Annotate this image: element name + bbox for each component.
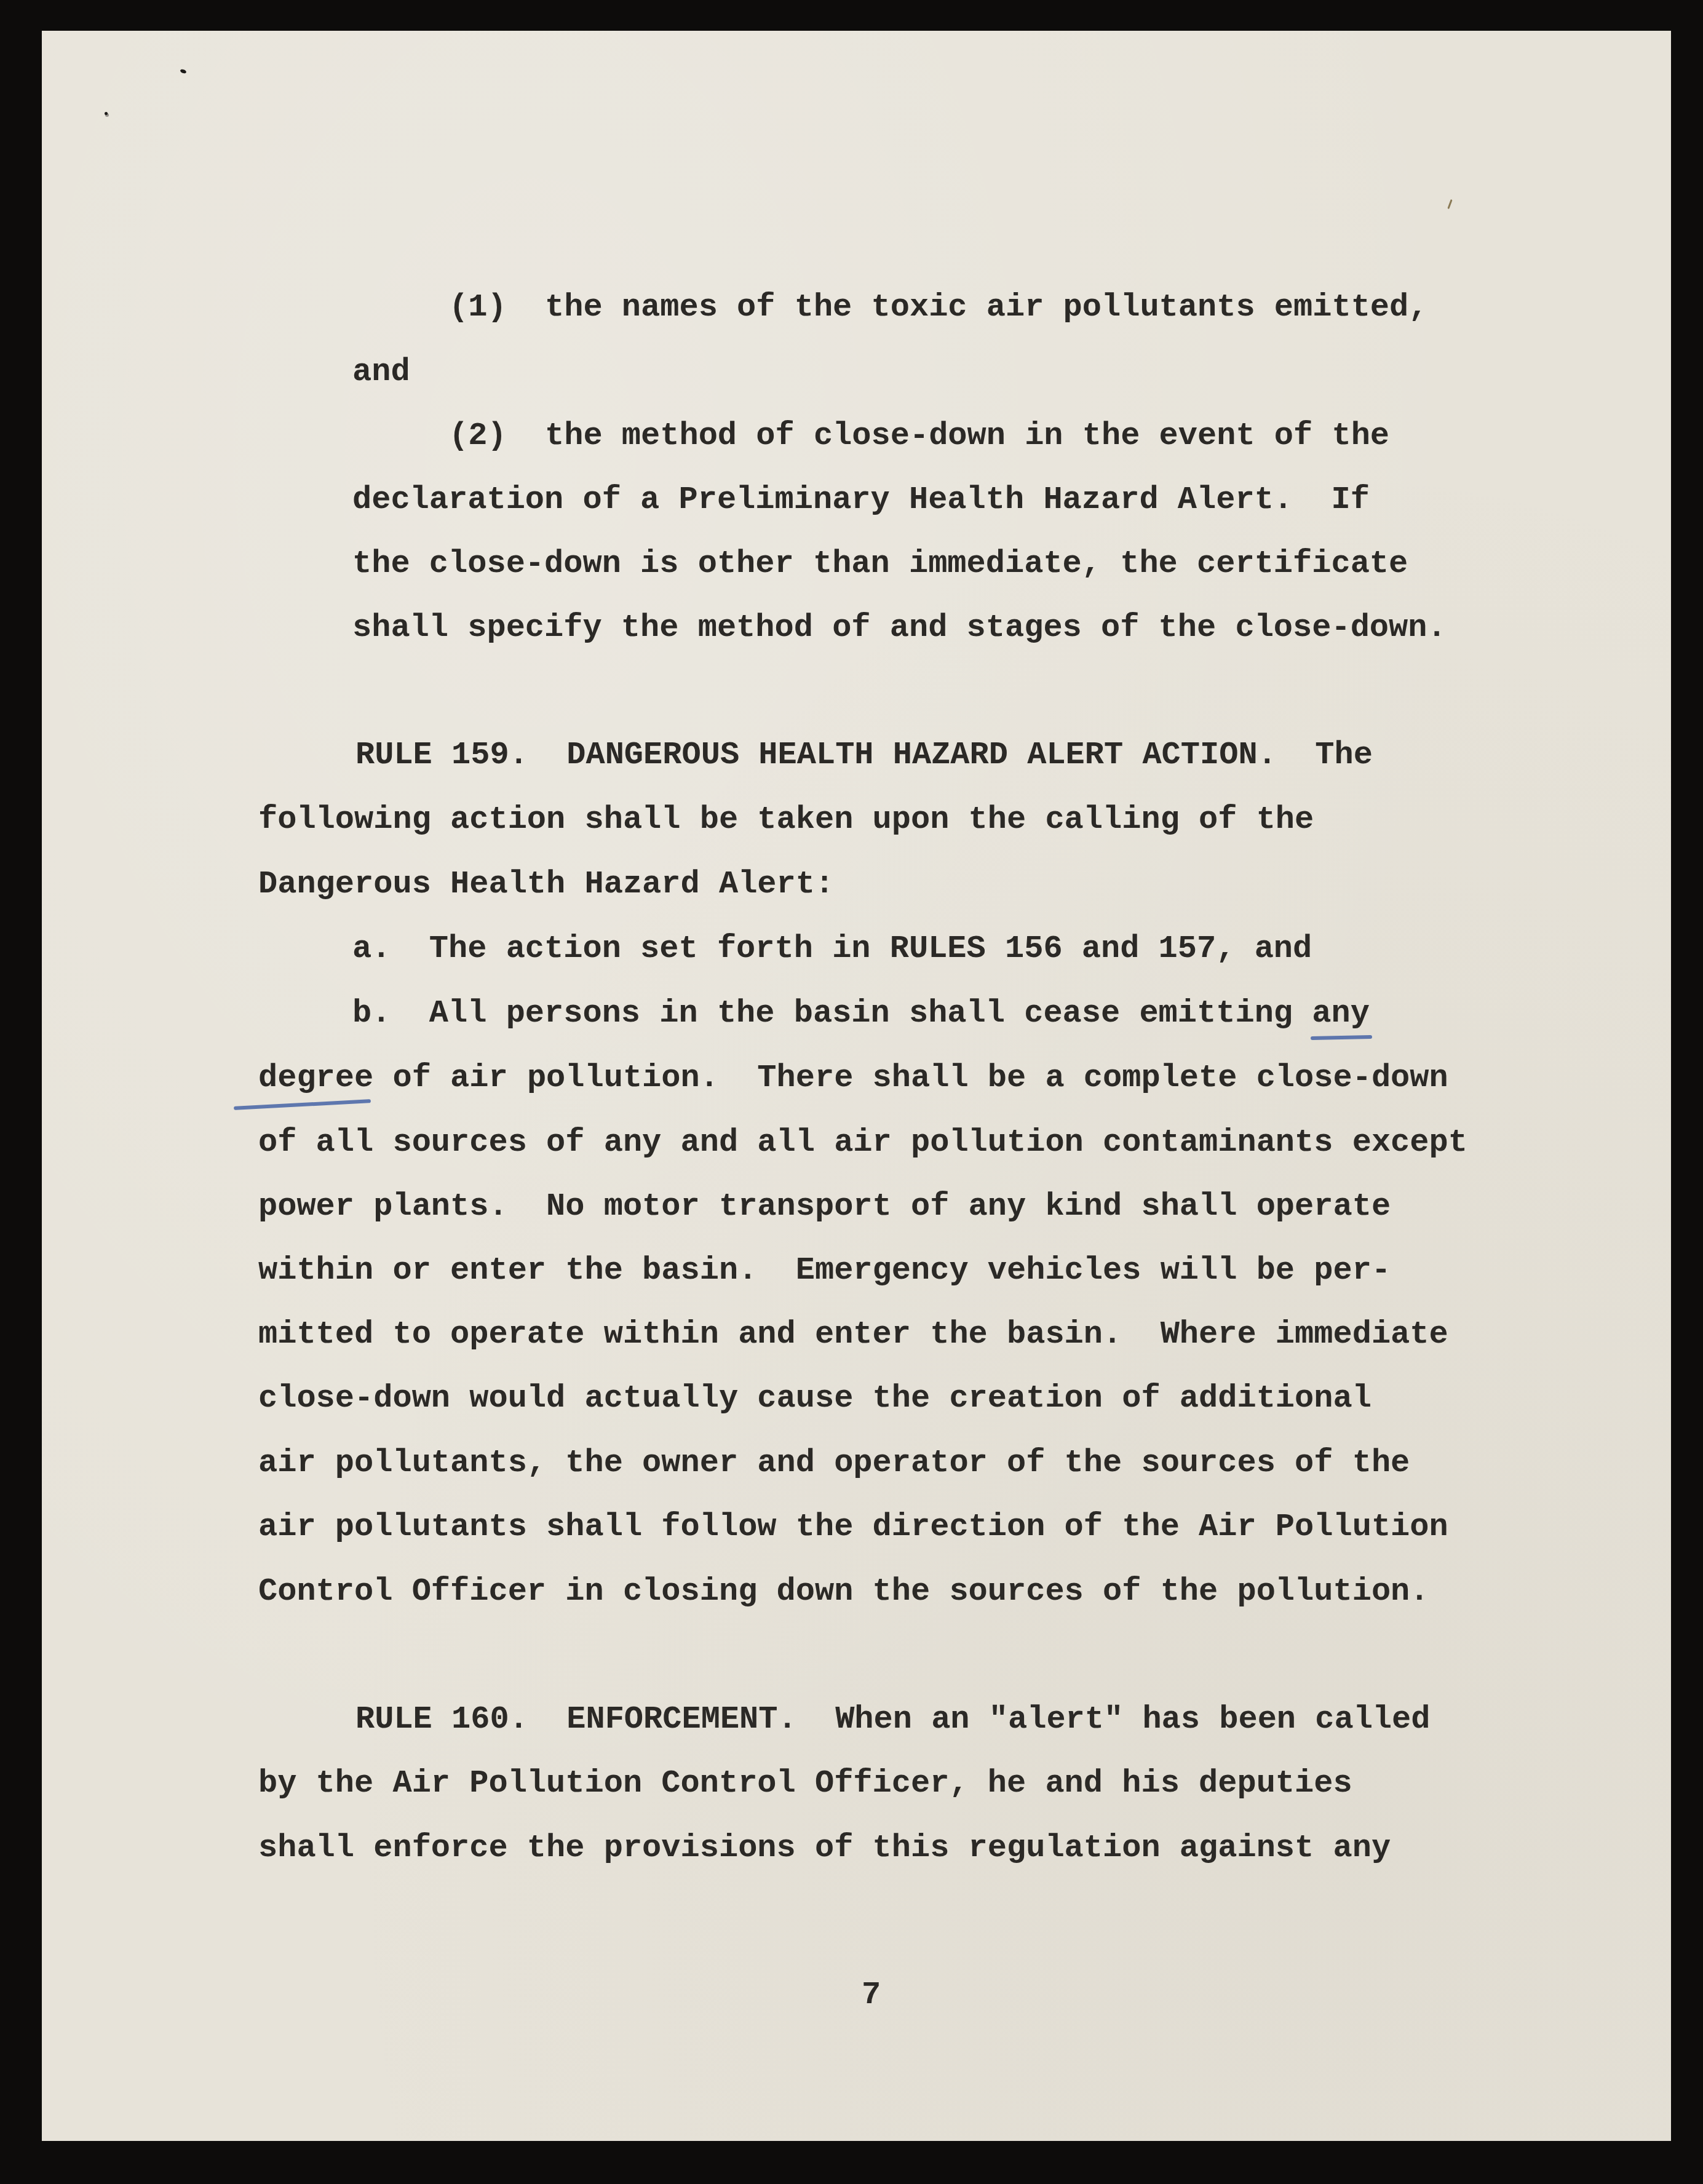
text-line: power plants. No motor transport of any … [258, 1191, 1391, 1223]
text-line: by the Air Pollution Control Officer, he… [258, 1768, 1352, 1800]
handwritten-underline-degree: degree [258, 1062, 373, 1094]
text-line: of all sources of any and all air pollut… [258, 1127, 1467, 1159]
text-line: the close-down is other than immediate, … [352, 548, 1408, 580]
rule-159-heading-line: RULE 159. DANGEROUS HEALTH HAZARD ALERT … [355, 739, 1373, 771]
text-line: mitted to operate within and enter the b… [258, 1319, 1448, 1351]
handwritten-underline-any: any [1312, 998, 1370, 1030]
paper-speck [1447, 199, 1452, 209]
text-line: shall specify the method of and stages o… [352, 612, 1447, 644]
text-fragment: of air pollution. There shall be a compl… [373, 1060, 1448, 1096]
text-line: Control Officer in closing down the sour… [258, 1576, 1429, 1608]
paper-speck [105, 113, 109, 117]
text-line: following action shall be taken upon the… [258, 804, 1314, 836]
item-2-line: (2) the method of close-down in the even… [449, 420, 1389, 452]
text-line: shall enforce the provisions of this reg… [258, 1832, 1391, 1864]
text-line: air pollutants, the owner and operator o… [258, 1447, 1410, 1479]
item-b-text: b. All persons in the basin shall cease … [352, 995, 1312, 1031]
item-a-line: a. The action set forth in RULES 156 and… [352, 933, 1312, 965]
text-line: within or enter the basin. Emergency veh… [258, 1255, 1391, 1287]
text-line: and [352, 356, 410, 388]
item-b-line: b. All persons in the basin shall cease … [352, 998, 1370, 1030]
text-line: declaration of a Preliminary Health Haza… [352, 484, 1370, 516]
paper-speck [180, 68, 186, 74]
text-line: degree of air pollution. There shall be … [258, 1062, 1448, 1094]
text-line: close-down would actually cause the crea… [258, 1383, 1372, 1415]
text-line: air pollutants shall follow the directio… [258, 1511, 1448, 1543]
document-page: (1) the names of the toxic air pollutant… [42, 31, 1671, 2141]
item-1-line: (1) the names of the toxic air pollutant… [449, 292, 1427, 324]
rule-160-heading-line: RULE 160. ENFORCEMENT. When an "alert" h… [355, 1704, 1430, 1736]
page-number: 7 [862, 1979, 881, 2011]
text-line: Dangerous Health Hazard Alert: [258, 868, 834, 900]
